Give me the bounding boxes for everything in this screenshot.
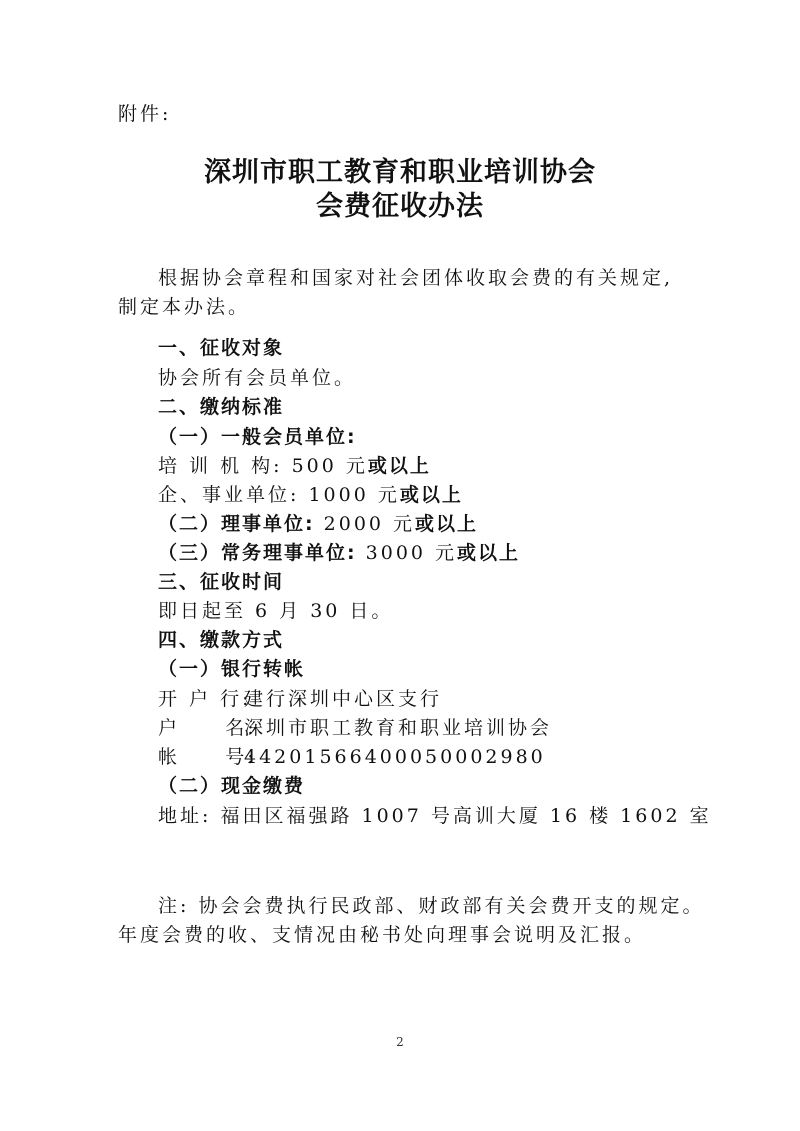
fee-row-training-institution: 培 训 机 构: 500 元或以上 xyxy=(158,453,431,479)
section-4-heading: 四、缴款方式 xyxy=(158,627,284,653)
field-label: 户 名: xyxy=(158,715,244,741)
field-value: 建行深圳中心区支行 xyxy=(244,688,442,710)
fee-suffix: 或以上 xyxy=(457,542,520,564)
field-label: 帐 号: xyxy=(158,744,244,770)
fee-suffix: 或以上 xyxy=(400,484,463,506)
fee-row-executive-director: （三）常务理事单位: 3000 元或以上 xyxy=(158,540,520,566)
note-line1: 注: 协会会费执行民政部、财政部有关会费开支的规定。 xyxy=(158,893,704,919)
document-title-line2: 会费征收办法 xyxy=(0,190,800,224)
fee-amount: 500 元 xyxy=(283,455,368,477)
fee-row-enterprise: 企、事业单位: 1000 元或以上 xyxy=(158,482,463,508)
page-number: 2 xyxy=(0,1035,800,1049)
address-value: 福田区福强路 1007 号高训大厦 16 楼 1602 室 xyxy=(220,805,711,827)
section-2-sub2-heading: （二）理事单位: xyxy=(158,513,315,535)
intro-line2: 制定本办法。 xyxy=(118,294,250,320)
fee-amount: 1000 元 xyxy=(299,484,399,506)
cash-address: 地址: 福田区福强路 1007 号高训大厦 16 楼 1602 室 xyxy=(158,803,712,829)
fee-label: 培 训 机 构: xyxy=(158,455,283,477)
document-page: 附件: 深圳市职工教育和职业培训协会 会费征收办法 根据协会章程和国家对社会团体… xyxy=(0,0,800,1131)
section-4-sub1-heading: （一）银行转帐 xyxy=(158,656,305,682)
field-value: 44201566400050002980 xyxy=(244,746,546,768)
attachment-label: 附件: xyxy=(118,101,171,127)
address-label: 地址: xyxy=(158,805,211,827)
section-2-sub3-heading: （三）常务理事单位: xyxy=(158,542,357,564)
section-3-heading: 三、征收时间 xyxy=(158,569,284,595)
fee-suffix: 或以上 xyxy=(415,513,478,535)
section-1-body: 协会所有会员单位。 xyxy=(158,365,356,391)
bank-field-account-number: 帐 号:44201566400050002980 xyxy=(158,744,546,770)
section-4-sub2-heading: （二）现金缴费 xyxy=(158,773,305,799)
section-1-heading: 一、征收对象 xyxy=(158,335,284,361)
fee-row-director: （二）理事单位: 2000 元或以上 xyxy=(158,511,478,537)
document-title-line1: 深圳市职工教育和职业培训协会 xyxy=(0,156,800,190)
fee-amount: 2000 元 xyxy=(315,513,415,535)
note-line2: 年度会费的收、支情况由秘书处向理事会说明及汇报。 xyxy=(118,922,646,948)
fee-amount: 3000 元 xyxy=(357,542,457,564)
intro-line1: 根据协会章程和国家对社会团体收取会费的有关规定, xyxy=(158,265,673,291)
section-3-body: 即日起至 6 月 30 日。 xyxy=(158,598,393,624)
bank-field-branch: 开 户 行:建行深圳中心区支行 xyxy=(158,686,442,712)
fee-label: 企、事业单位: xyxy=(158,484,299,506)
field-value: 深圳市职工教育和职业培训协会 xyxy=(244,717,552,739)
section-2-heading: 二、缴纳标准 xyxy=(158,394,284,420)
bank-field-account-name: 户 名:深圳市职工教育和职业培训协会 xyxy=(158,715,552,741)
field-label: 开 户 行: xyxy=(158,686,244,712)
section-2-sub1-heading: （一）一般会员单位: xyxy=(158,424,357,450)
fee-suffix: 或以上 xyxy=(368,455,431,477)
